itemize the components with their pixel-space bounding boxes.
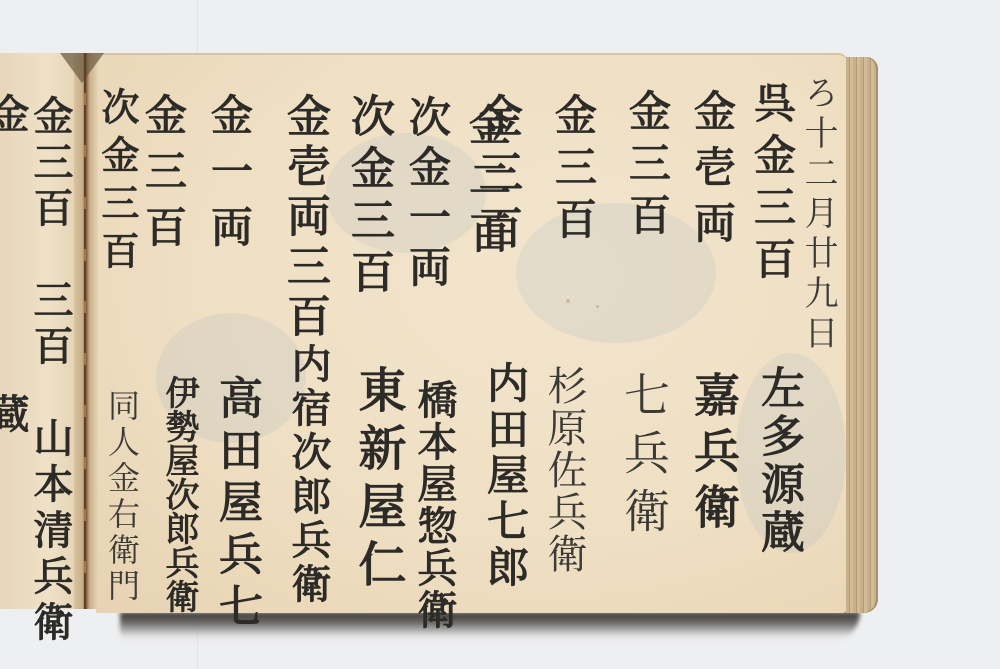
right-page: ろ十二月廿九日 呉金三百 金壱両 左多源蔵 金三百 嘉兵衛 金三百 七兵衛 金三…	[96, 53, 848, 613]
left-page-column-2: 金 蔵	[0, 93, 26, 443]
left-page-column-1: 金三百 三百 山本清兵衛	[30, 95, 70, 647]
entry-name: 七兵衛	[621, 371, 667, 545]
entry-amount: 金三百	[626, 89, 668, 245]
entry-amount: 次金三百	[346, 93, 390, 301]
left-page: 金三百 三百 山本清兵衛 金 蔵	[0, 53, 82, 609]
page-edge-stack	[846, 57, 878, 613]
open-manuscript-book: 金三百 三百 山本清兵衛 金 蔵 ろ十二月廿九日 呉金三百 金壱両 左多源蔵 金…	[0, 53, 878, 615]
entry-amount: 金壱両三百	[282, 93, 326, 343]
ink-spot	[566, 299, 570, 303]
entry-name: 左多源蔵	[756, 365, 800, 557]
entry-name: 橋本屋惣兵衛	[414, 379, 454, 631]
entry-amount: 金一両	[208, 93, 250, 261]
entry-name: 内宿次郎兵衛	[288, 343, 328, 607]
entry-amount: 次金三百	[98, 87, 136, 279]
entry-amount: 金壱両	[691, 89, 733, 257]
ink-spot	[596, 305, 599, 308]
entry-name: 内田屋七郎	[484, 361, 526, 591]
entry-amount: 金二百	[466, 103, 508, 265]
entry-name: 東新屋仁	[354, 365, 402, 597]
entry-amount: 金三百	[142, 93, 184, 261]
entry-amount: 金三百	[552, 93, 594, 249]
ink-bleed-through	[516, 203, 716, 343]
date-note: ろ十二月廿九日	[801, 75, 835, 355]
entry-name: 杉原佐兵衛	[544, 365, 584, 575]
entry-amount: 呉金三百	[751, 81, 793, 289]
entry-name: 高田屋兵七	[214, 375, 258, 635]
entry-name: 同人金右衛門	[106, 389, 138, 605]
binding-notch	[60, 53, 104, 83]
entry-name: 伊勢屋次郎兵衛	[162, 375, 196, 613]
binding-thread	[84, 53, 86, 609]
book-gutter	[74, 53, 98, 609]
entry-amount: 次金一両	[406, 95, 448, 295]
entry-name: 嘉兵衛	[691, 371, 737, 539]
